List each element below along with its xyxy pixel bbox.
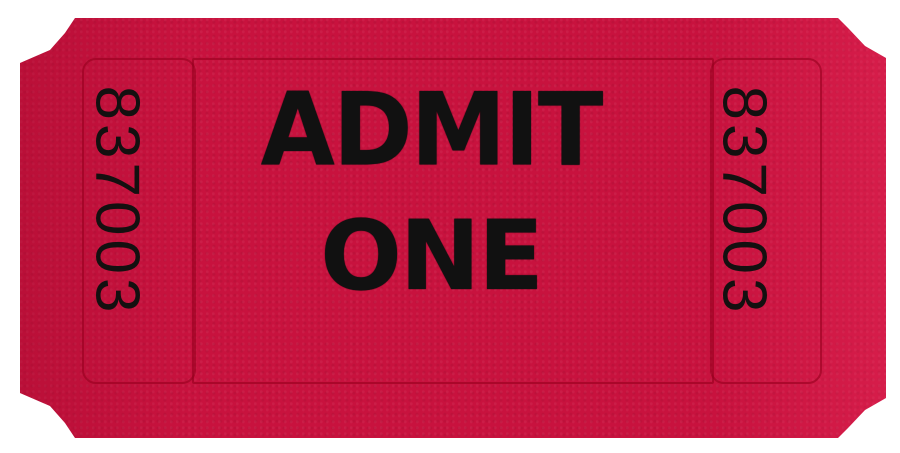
headline-admit: ADMIT: [172, 80, 690, 181]
serial-number-right: 837003: [709, 86, 780, 317]
serial-number-left: 837003: [82, 86, 153, 317]
headline-one: ONE: [172, 208, 690, 304]
